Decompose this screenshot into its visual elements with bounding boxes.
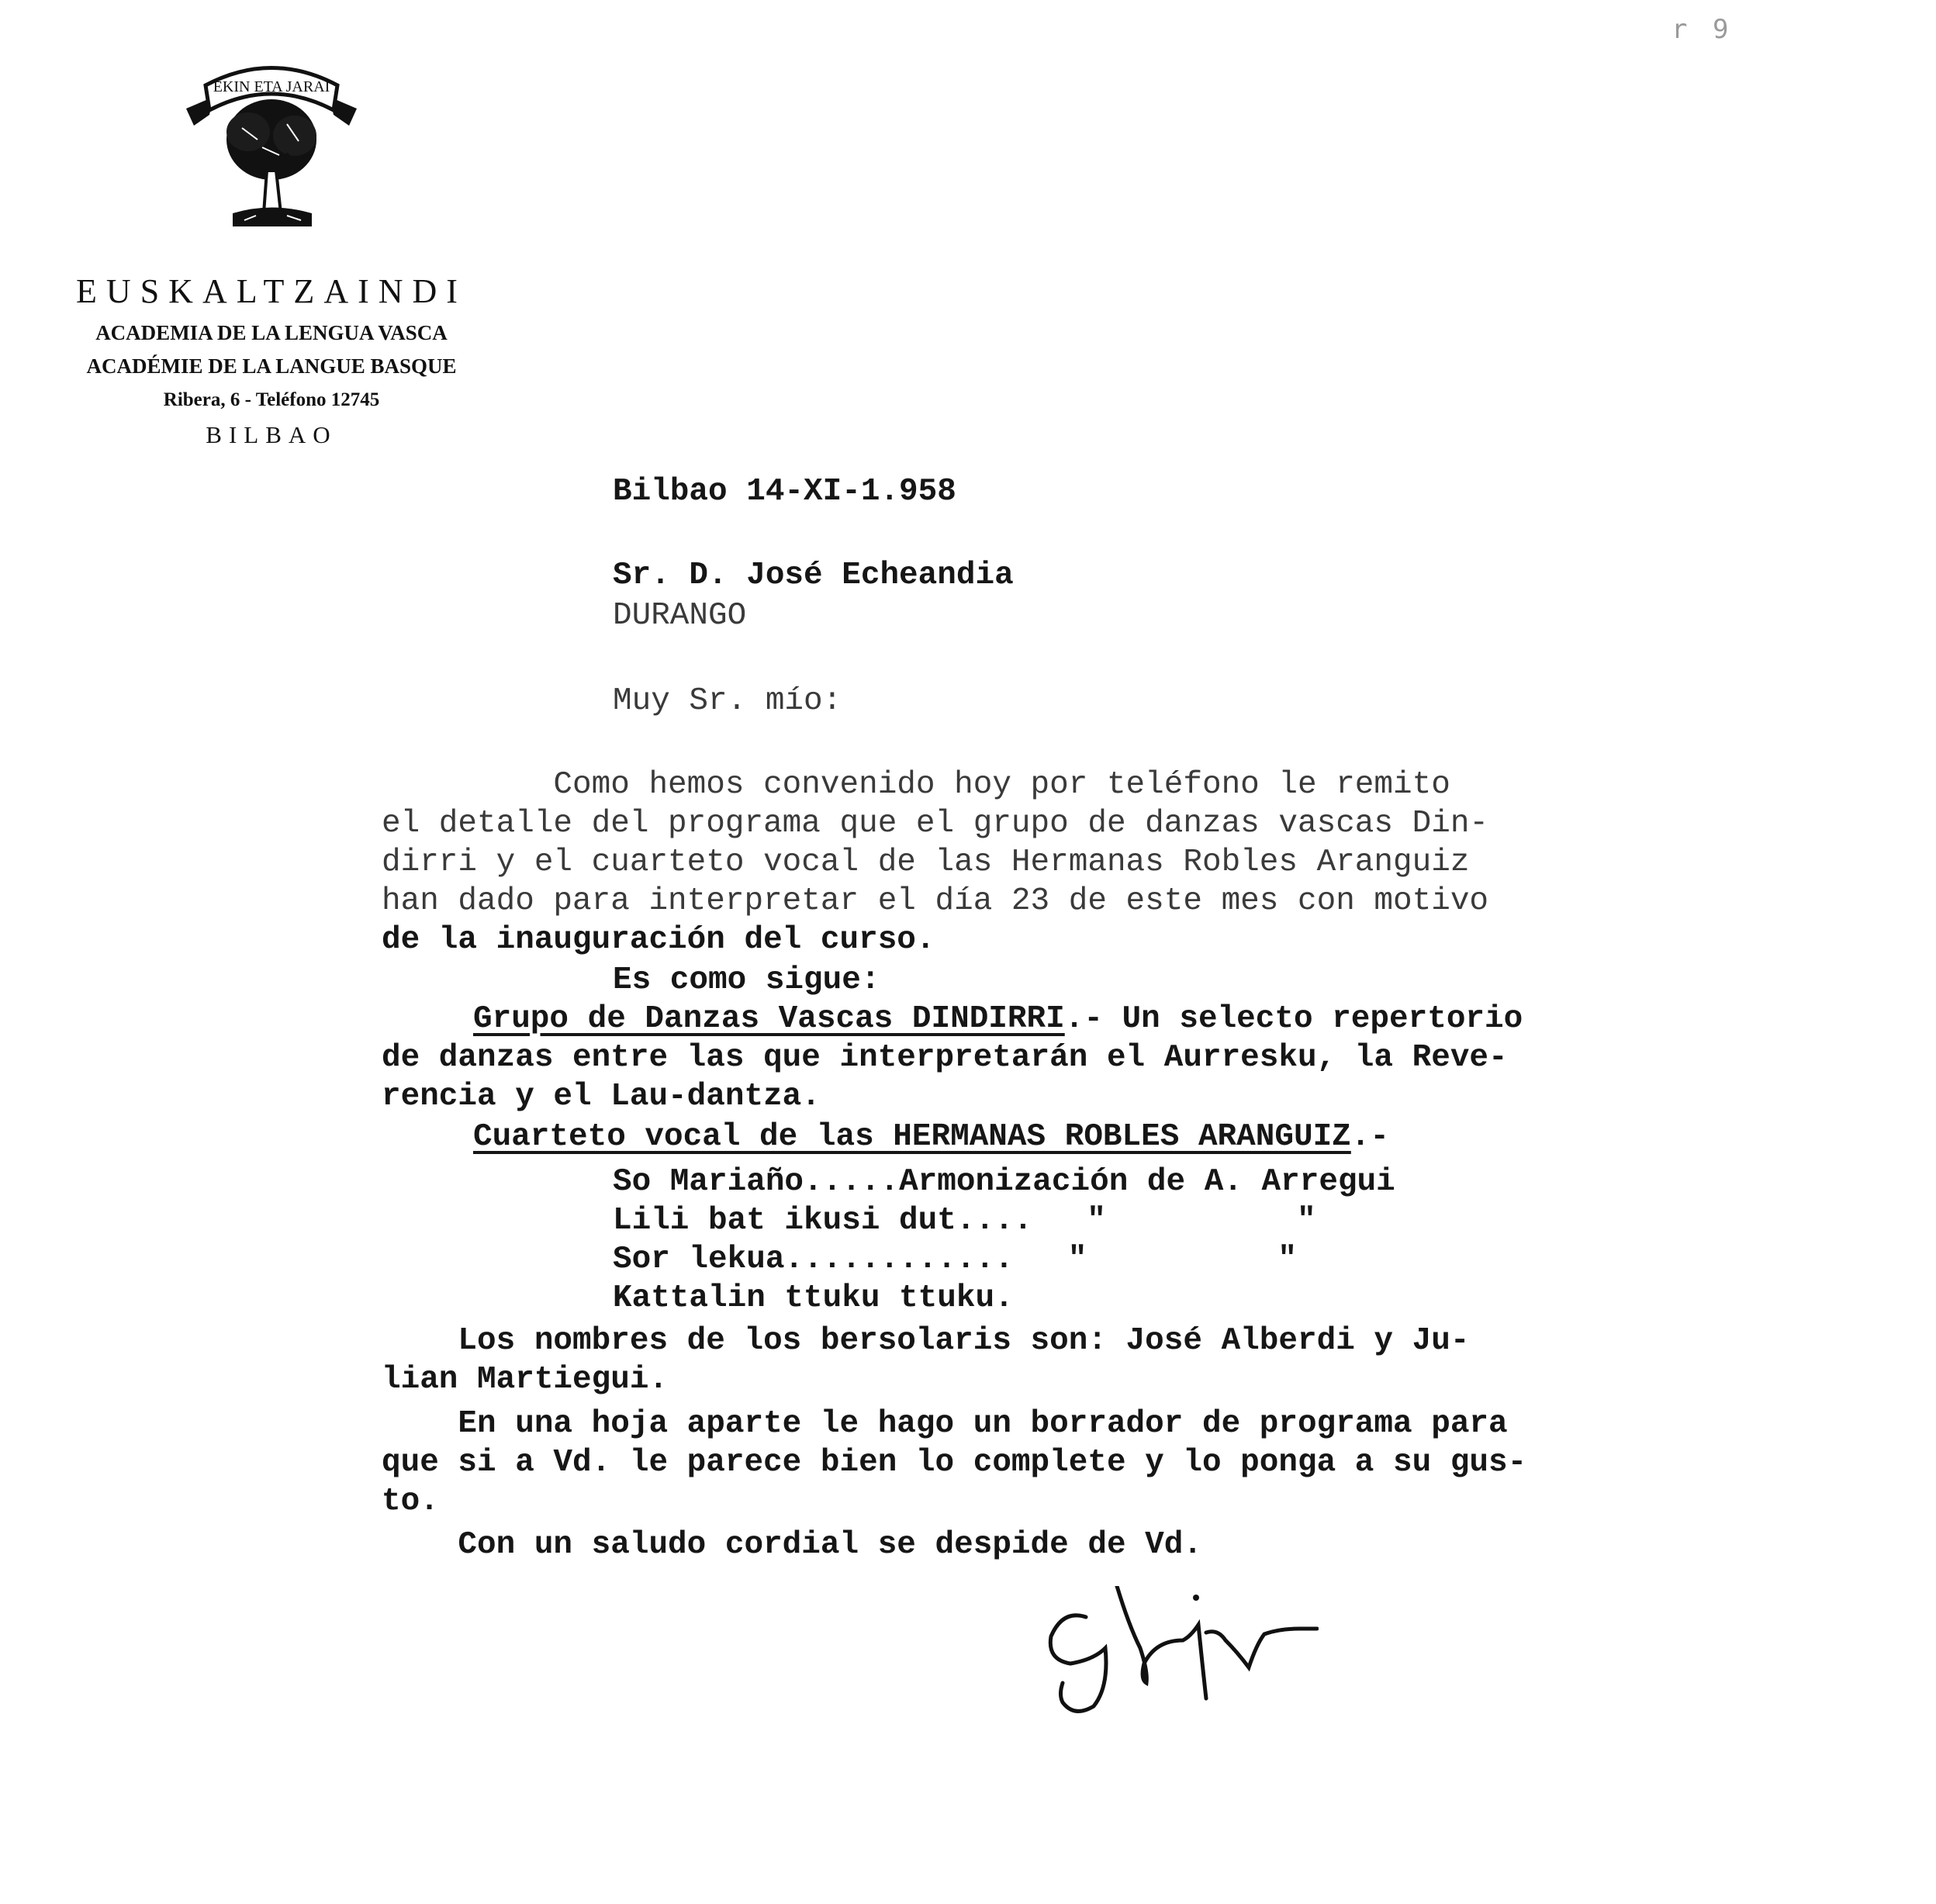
song-title: Sor lekua............: [613, 1242, 1014, 1277]
song-credit: " ": [1087, 1203, 1315, 1239]
group-heading: Grupo de Danzas Vascas DINDIRRI: [473, 1001, 1065, 1037]
draft-note-line: que si a Vd. le parece bien lo complete …: [382, 1444, 1526, 1481]
handwritten-signature-icon: [1032, 1586, 1319, 1733]
recipient-city: DURANGO: [613, 597, 746, 634]
institution-city: BILBAO: [54, 417, 489, 453]
recipient-name: Sr. D. José Echeandia: [613, 557, 1014, 594]
group-line: de danzas entre las que interpretarán el…: [382, 1039, 1508, 1076]
letterhead: EKIN ETA JARAI EUSKALTZAINDI ACADEMIA DE…: [54, 54, 489, 453]
paragraph-line: dirri y el cuarteto vocal de las Hermana…: [382, 844, 1469, 881]
svg-text:EKIN ETA JARAI: EKIN ETA JARAI: [213, 78, 330, 95]
bersolaris-line: Los nombres de los bersolaris son: José …: [382, 1322, 1469, 1360]
closing: Con un saludo cordial se despide de Vd.: [382, 1526, 1202, 1564]
paragraph-line: Como hemos convenido hoy por teléfono le…: [382, 766, 1450, 803]
quartet-heading-suffix: .-: [1351, 1119, 1389, 1155]
letter-date: Bilbao 14-XI-1.958: [613, 473, 956, 510]
institution-subtitle-es: ACADEMIA DE LA LENGUA VASCA: [54, 316, 489, 350]
song-credit: " ": [1068, 1242, 1297, 1277]
draft-note-line: to.: [382, 1483, 439, 1520]
paragraph-line: han dado para interpretar el día 23 de e…: [382, 883, 1488, 920]
song-title: Kattalin ttuku ttuku.: [613, 1280, 1014, 1316]
song-item: Lili bat ikusi dut...." ": [613, 1202, 1316, 1239]
song-item: Sor lekua............" ": [613, 1241, 1297, 1278]
group-heading-suffix: .- Un selecto repertorio: [1065, 1001, 1523, 1037]
song-item: So Mariaño.....Armonización de A. Arregu…: [613, 1163, 1395, 1201]
institution-name: EUSKALTZAINDI: [54, 271, 489, 312]
group-line: rencia y el Lau-dantza.: [382, 1078, 821, 1115]
bersolaris-line: lian Martiegui.: [382, 1361, 668, 1398]
draft-note-line: En una hoja aparte le hago un borrador d…: [382, 1405, 1508, 1443]
song-item: Kattalin ttuku ttuku.: [613, 1280, 1014, 1317]
paragraph-line: el detalle del programa que el grupo de …: [382, 805, 1488, 842]
song-title: Lili bat ikusi dut....: [613, 1203, 1032, 1239]
quartet-heading-line: Cuarteto vocal de las HERMANAS ROBLES AR…: [473, 1118, 1389, 1156]
group-heading-line: Grupo de Danzas Vascas DINDIRRI.- Un sel…: [473, 1000, 1523, 1038]
salutation: Muy Sr. mío:: [613, 682, 842, 720]
archive-mark: r 9: [1672, 14, 1733, 45]
as-follows: Es como sigue:: [613, 962, 880, 999]
oak-tree-emblem-icon: EKIN ETA JARAI: [171, 54, 372, 240]
institution-address: Ribera, 6 - Teléfono 12745: [54, 383, 489, 417]
song-title: So Mariaño.....: [613, 1164, 899, 1200]
song-credit: Armonización de A. Arregui: [899, 1164, 1395, 1200]
quartet-heading: Cuarteto vocal de las HERMANAS ROBLES AR…: [473, 1119, 1351, 1155]
institution-subtitle-fr: ACADÉMIE DE LA LANGUE BASQUE: [54, 350, 489, 383]
paragraph-line: de la inauguración del curso.: [382, 921, 935, 959]
